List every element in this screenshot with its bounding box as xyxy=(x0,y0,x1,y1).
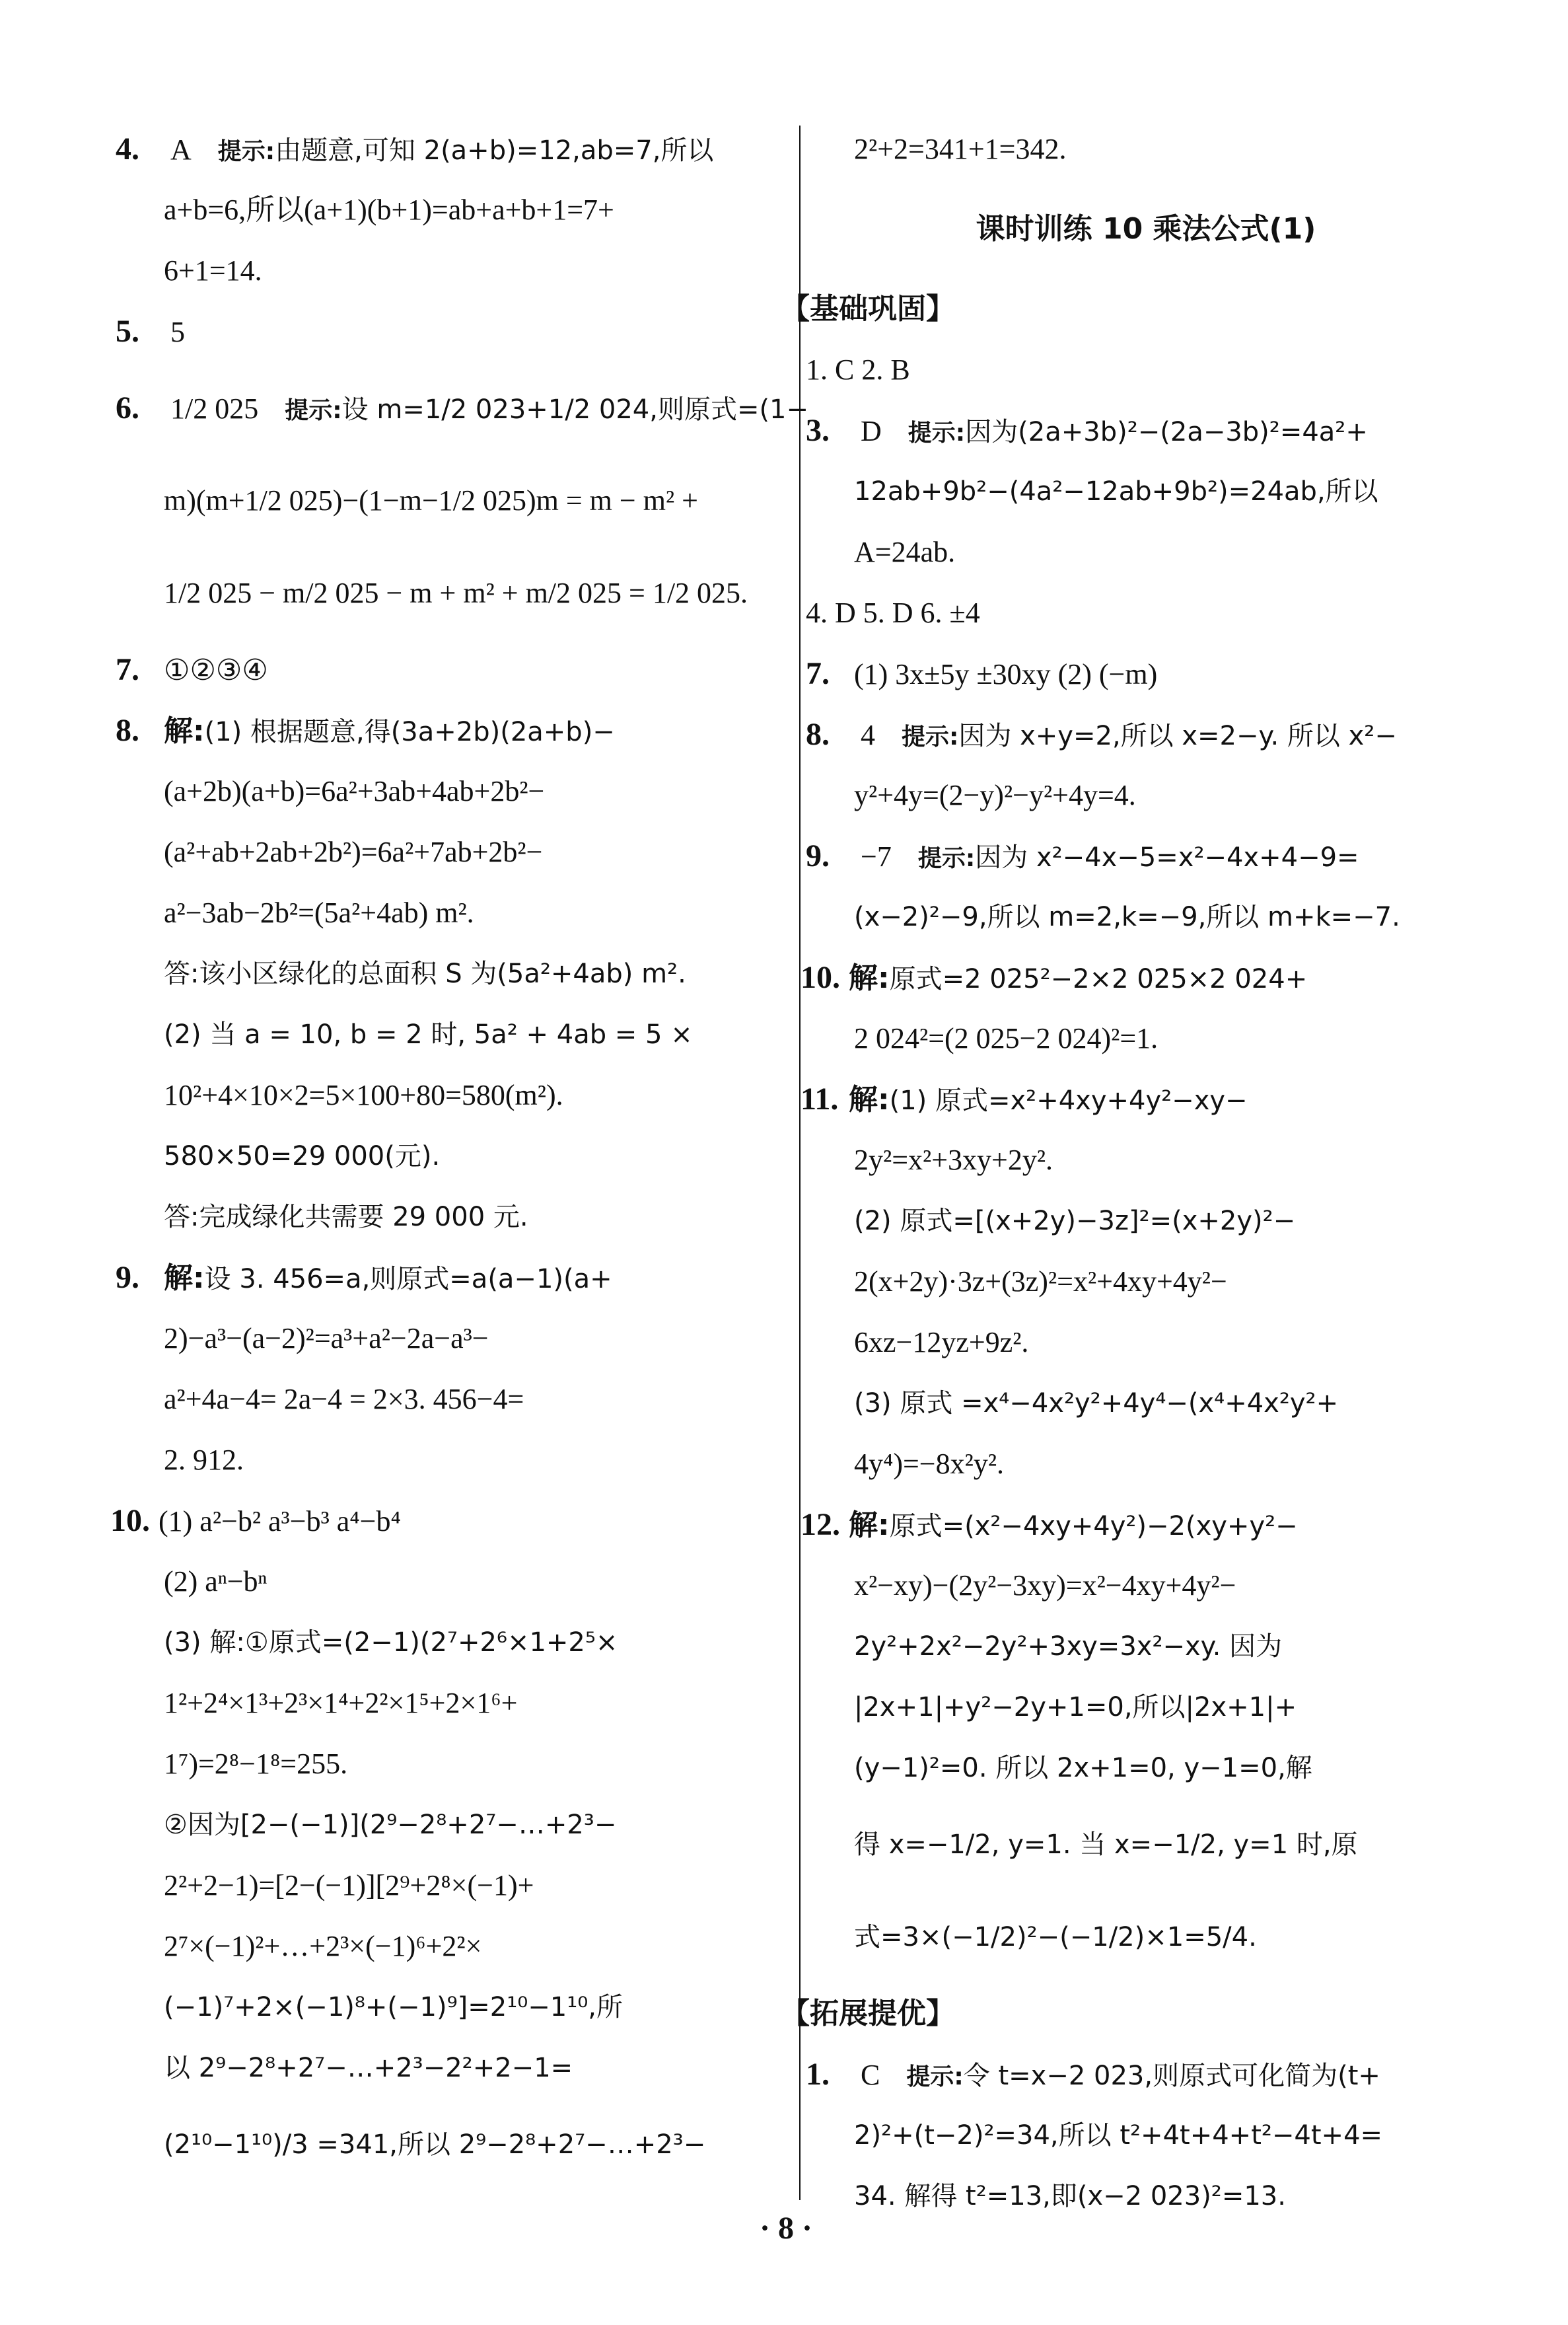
answer-8: 8.4提示:因为 x+y=2,所以 x=2−y. 所以 x²− xyxy=(806,704,1486,765)
text-line: (2¹⁰−1¹⁰)/3 =341,所以 2⁹−2⁸+2⁷−…+2³− xyxy=(116,2098,776,2191)
text-line: (3) 解:①原式=(2−1)(2⁷+2⁶×1+2⁵× xyxy=(116,1612,776,1673)
answer-choice: D xyxy=(861,415,882,447)
text-line: 答:该小区绿化的总面积 S 为(5a²+4ab) m². xyxy=(116,943,776,1004)
hint-label: 提示: xyxy=(906,2063,963,2090)
solution-label: 解: xyxy=(849,961,890,995)
continuation-line: 2²+2=341+1=342. xyxy=(806,119,1486,180)
solution-label: 解: xyxy=(849,1508,890,1542)
answer-value: −7 xyxy=(861,840,892,873)
section-heading-basic: 【基础巩固】 xyxy=(781,279,1486,340)
text-line: 2. 912. xyxy=(116,1430,776,1491)
text-line: A=24ab. xyxy=(806,522,1486,583)
lesson-title: 课时训练 10 乘法公式(1) xyxy=(806,180,1486,279)
text-line: 580×50=29 000(元). xyxy=(116,1126,776,1187)
text-line: |2x+1|+y²−2y+1=0,所以|2x+1|+ xyxy=(806,1677,1486,1738)
text-line: m)(m+1/2 025)−(1−m−1/2 025)m = m − m² + xyxy=(116,455,776,547)
text-line: 2 024²=(2 025−2 024)²=1. xyxy=(806,1008,1486,1069)
answer-text: (1) 3x±5y ±30xy (2) (−m) xyxy=(854,658,1157,690)
page-number: · 8 · xyxy=(740,2210,832,2246)
solution-text: (1) 根据题意,得(3a+2b)(2a+b)− xyxy=(205,717,615,747)
solution-text: 原式=(x²−4xy+4y²)−2(xy+y²− xyxy=(890,1511,1298,1541)
hint-label: 提示: xyxy=(218,138,275,165)
right-column: 2²+2=341+1=342. 课时训练 10 乘法公式(1) 【基础巩固】 1… xyxy=(806,119,1486,2227)
answer-value: 4 xyxy=(861,719,875,751)
answer-5: 5.5 xyxy=(116,301,776,362)
item-number: 4. xyxy=(116,119,164,180)
answers-1-2: 1. C 2. B xyxy=(806,340,1486,400)
answer-value: 5 xyxy=(170,316,185,348)
hint-label: 提示: xyxy=(285,397,341,424)
solution-text: (1) 原式=x²+4xy+4y²−xy− xyxy=(890,1086,1248,1116)
text-line: y²+4y=(2−y)²−y²+4y=4. xyxy=(806,765,1486,826)
hint-text: 因为 x²−4x−5=x²−4x+4−9= xyxy=(975,842,1359,873)
item-number: 10. xyxy=(110,1491,159,1551)
text-line: a+b=6,所以(a+1)(b+1)=ab+a+b+1=7+ xyxy=(116,180,776,240)
item-number: 9. xyxy=(116,1247,164,1308)
text-line: 式=3×(−1/2)²−(−1/2)×1=5/4. xyxy=(806,1891,1486,1983)
text-line: (x−2)²−9,所以 m=2,k=−9,所以 m+k=−7. xyxy=(806,887,1486,947)
answer-7: 7.(1) 3x±5y ±30xy (2) (−m) xyxy=(806,644,1486,704)
hint-text: 因为(2a+3b)²−(2a−3b)²=4a²+ xyxy=(965,417,1368,447)
text-line: (3) 原式 =x⁴−4x²y²+4y⁴−(x⁴+4x²y²+ xyxy=(806,1373,1486,1434)
answer-fraction: 1/2 025 xyxy=(170,392,258,425)
answer-8: 8.解:(1) 根据题意,得(3a+2b)(2a+b)− xyxy=(116,700,776,761)
item-number: 5. xyxy=(116,301,164,362)
text-line: (a²+ab+2ab+2b²)=6a²+7ab+2b²− xyxy=(116,822,776,883)
item-number: 11. xyxy=(801,1069,849,1130)
answer-12: 12.解:原式=(x²−4xy+4y²)−2(xy+y²− xyxy=(806,1495,1486,1555)
text-line: 2y²+2x²−2y²+3xy=3x²−xy. 因为 xyxy=(806,1616,1486,1677)
text-line: (2) 原式=[(x+2y)−3z]²=(x+2y)²− xyxy=(806,1191,1486,1251)
section-heading-extension: 【拓展提优】 xyxy=(781,1983,1486,2044)
item-number: 7. xyxy=(806,644,854,704)
text-line: a²+4a−4= 2a−4 = 2×3. 456−4= xyxy=(116,1369,776,1430)
text-line: 4y⁴)=−8x²y². xyxy=(806,1434,1486,1495)
hint-text: 由题意,可知 2(a+b)=12,ab=7,所以 xyxy=(275,135,713,166)
item-number: 3. xyxy=(806,400,854,461)
text-line: 1/2 025 − m/2 025 − m + m² + m/2 025 = 1… xyxy=(116,547,776,640)
solution-text: 设 3. 456=a,则原式=a(a−1)(a+ xyxy=(205,1264,612,1294)
answer-3: 3.D提示:因为(2a+3b)²−(2a−3b)²=4a²+ xyxy=(806,400,1486,461)
text-line: ②因为[2−(−1)](2⁹−2⁸+2⁷−…+2³− xyxy=(116,1794,776,1855)
text-line: 6xz−12yz+9z². xyxy=(806,1312,1486,1373)
text-line: 2²+2−1)=[2−(−1)][2⁹+2⁸×(−1)+ xyxy=(116,1855,776,1916)
text-line: 12ab+9b²−(4a²−12ab+9b²)=24ab,所以 xyxy=(806,461,1486,522)
answer-choice: C xyxy=(861,2059,880,2091)
text-line: (y−1)²=0. 所以 2x+1=0, y−1=0,解 xyxy=(806,1738,1486,1798)
item-number: 12. xyxy=(801,1495,849,1555)
solution-label: 解: xyxy=(849,1083,890,1117)
text-line: x²−xy)−(2y²−3xy)=x²−4xy+4y²− xyxy=(806,1555,1486,1616)
answer-text: (1) a²−b² a³−b³ a⁴−b⁴ xyxy=(159,1505,401,1537)
item-number: 9. xyxy=(806,826,854,887)
answer-4: 4.A提示:由题意,可知 2(a+b)=12,ab=7,所以 xyxy=(116,119,776,180)
answer-6: 6.1/2 025提示:设 m=1/2 023+1/2 024,则原式=(1− xyxy=(116,362,776,455)
text-line: 得 x=−1/2, y=1. 当 x=−1/2, y=1 时,原 xyxy=(806,1798,1486,1891)
text-line: 2(x+2y)·3z+(3z)²=x²+4xy+4y²− xyxy=(806,1251,1486,1312)
answer-9: 9.解:设 3. 456=a,则原式=a(a−1)(a+ xyxy=(116,1247,776,1308)
item-number: 7. xyxy=(116,640,164,700)
text-line: 10²+4×10×2=5×100+80=580(m²). xyxy=(116,1065,776,1126)
answers-4-6: 4. D 5. D 6. ±4 xyxy=(806,583,1486,644)
text-line: (a+2b)(a+b)=6a²+3ab+4ab+2b²− xyxy=(116,761,776,822)
answer-11: 11.解:(1) 原式=x²+4xy+4y²−xy− xyxy=(806,1069,1486,1130)
answer-9: 9.−7提示:因为 x²−4x−5=x²−4x+4−9= xyxy=(806,826,1486,887)
solution-label: 解: xyxy=(164,714,205,748)
answer-value: ①②③④ xyxy=(164,654,268,686)
item-number: 8. xyxy=(116,700,164,761)
solution-text: 原式=2 025²−2×2 025×2 024+ xyxy=(890,964,1308,994)
item-number: 1. xyxy=(806,2044,854,2105)
text-line: (−1)⁷+2×(−1)⁸+(−1)⁹]=2¹⁰−1¹⁰,所 xyxy=(116,1977,776,2038)
hint-label: 提示: xyxy=(902,723,958,751)
answer-choice: A xyxy=(170,133,192,166)
text-line: 1⁷)=2⁸−1⁸=255. xyxy=(116,1734,776,1794)
answer-7: 7.①②③④ xyxy=(116,640,776,700)
text-line: 2)−a³−(a−2)²=a³+a²−2a−a³− xyxy=(116,1308,776,1369)
text-line: a²−3ab−2b²=(5a²+4ab) m². xyxy=(116,883,776,943)
hint-text: 令 t=x−2 023,则原式可化简为(t+ xyxy=(964,2061,1380,2091)
text-line: 2⁷×(−1)²+…+2³×(−1)⁶+2²× xyxy=(116,1916,776,1977)
hint-text: 设 m=1/2 023+1/2 024,则原式=(1− xyxy=(342,394,808,425)
text-line: 6+1=14. xyxy=(116,240,776,301)
text-line: 以 2⁹−2⁸+2⁷−…+2³−2²+2−1= xyxy=(116,2038,776,2098)
solution-label: 解: xyxy=(164,1261,205,1295)
hint-text: 因为 x+y=2,所以 x=2−y. 所以 x²− xyxy=(958,721,1396,751)
item-number: 6. xyxy=(116,362,164,455)
answer-10: 10.解:原式=2 025²−2×2 025×2 024+ xyxy=(806,947,1486,1008)
item-number: 10. xyxy=(801,947,849,1008)
item-number: 8. xyxy=(806,704,854,765)
text-line: (2) aⁿ−bⁿ xyxy=(116,1551,776,1612)
answer-10: 10.(1) a²−b² a³−b³ a⁴−b⁴ xyxy=(116,1491,776,1551)
column-divider xyxy=(799,126,801,2200)
text-line: (2) 当 a = 10, b = 2 时, 5a² + 4ab = 5 × xyxy=(116,1004,776,1065)
text-line: 答:完成绿化共需要 29 000 元. xyxy=(116,1187,776,1247)
text-line: 2)²+(t−2)²=34,所以 t²+4t+4+t²−4t+4= xyxy=(806,2105,1486,2166)
hint-label: 提示: xyxy=(908,420,965,447)
text-line: 34. 解得 t²=13,即(x−2 023)²=13. xyxy=(806,2166,1486,2227)
extension-answer-1: 1.C提示:令 t=x−2 023,则原式可化简为(t+ xyxy=(806,2044,1486,2105)
text-line: 1²+2⁴×1³+2³×1⁴+2²×1⁵+2×1⁶+ xyxy=(116,1673,776,1734)
text-line: 2y²=x²+3xy+2y². xyxy=(806,1130,1486,1191)
left-column: 4.A提示:由题意,可知 2(a+b)=12,ab=7,所以 a+b=6,所以(… xyxy=(116,119,776,2191)
hint-label: 提示: xyxy=(918,845,975,872)
